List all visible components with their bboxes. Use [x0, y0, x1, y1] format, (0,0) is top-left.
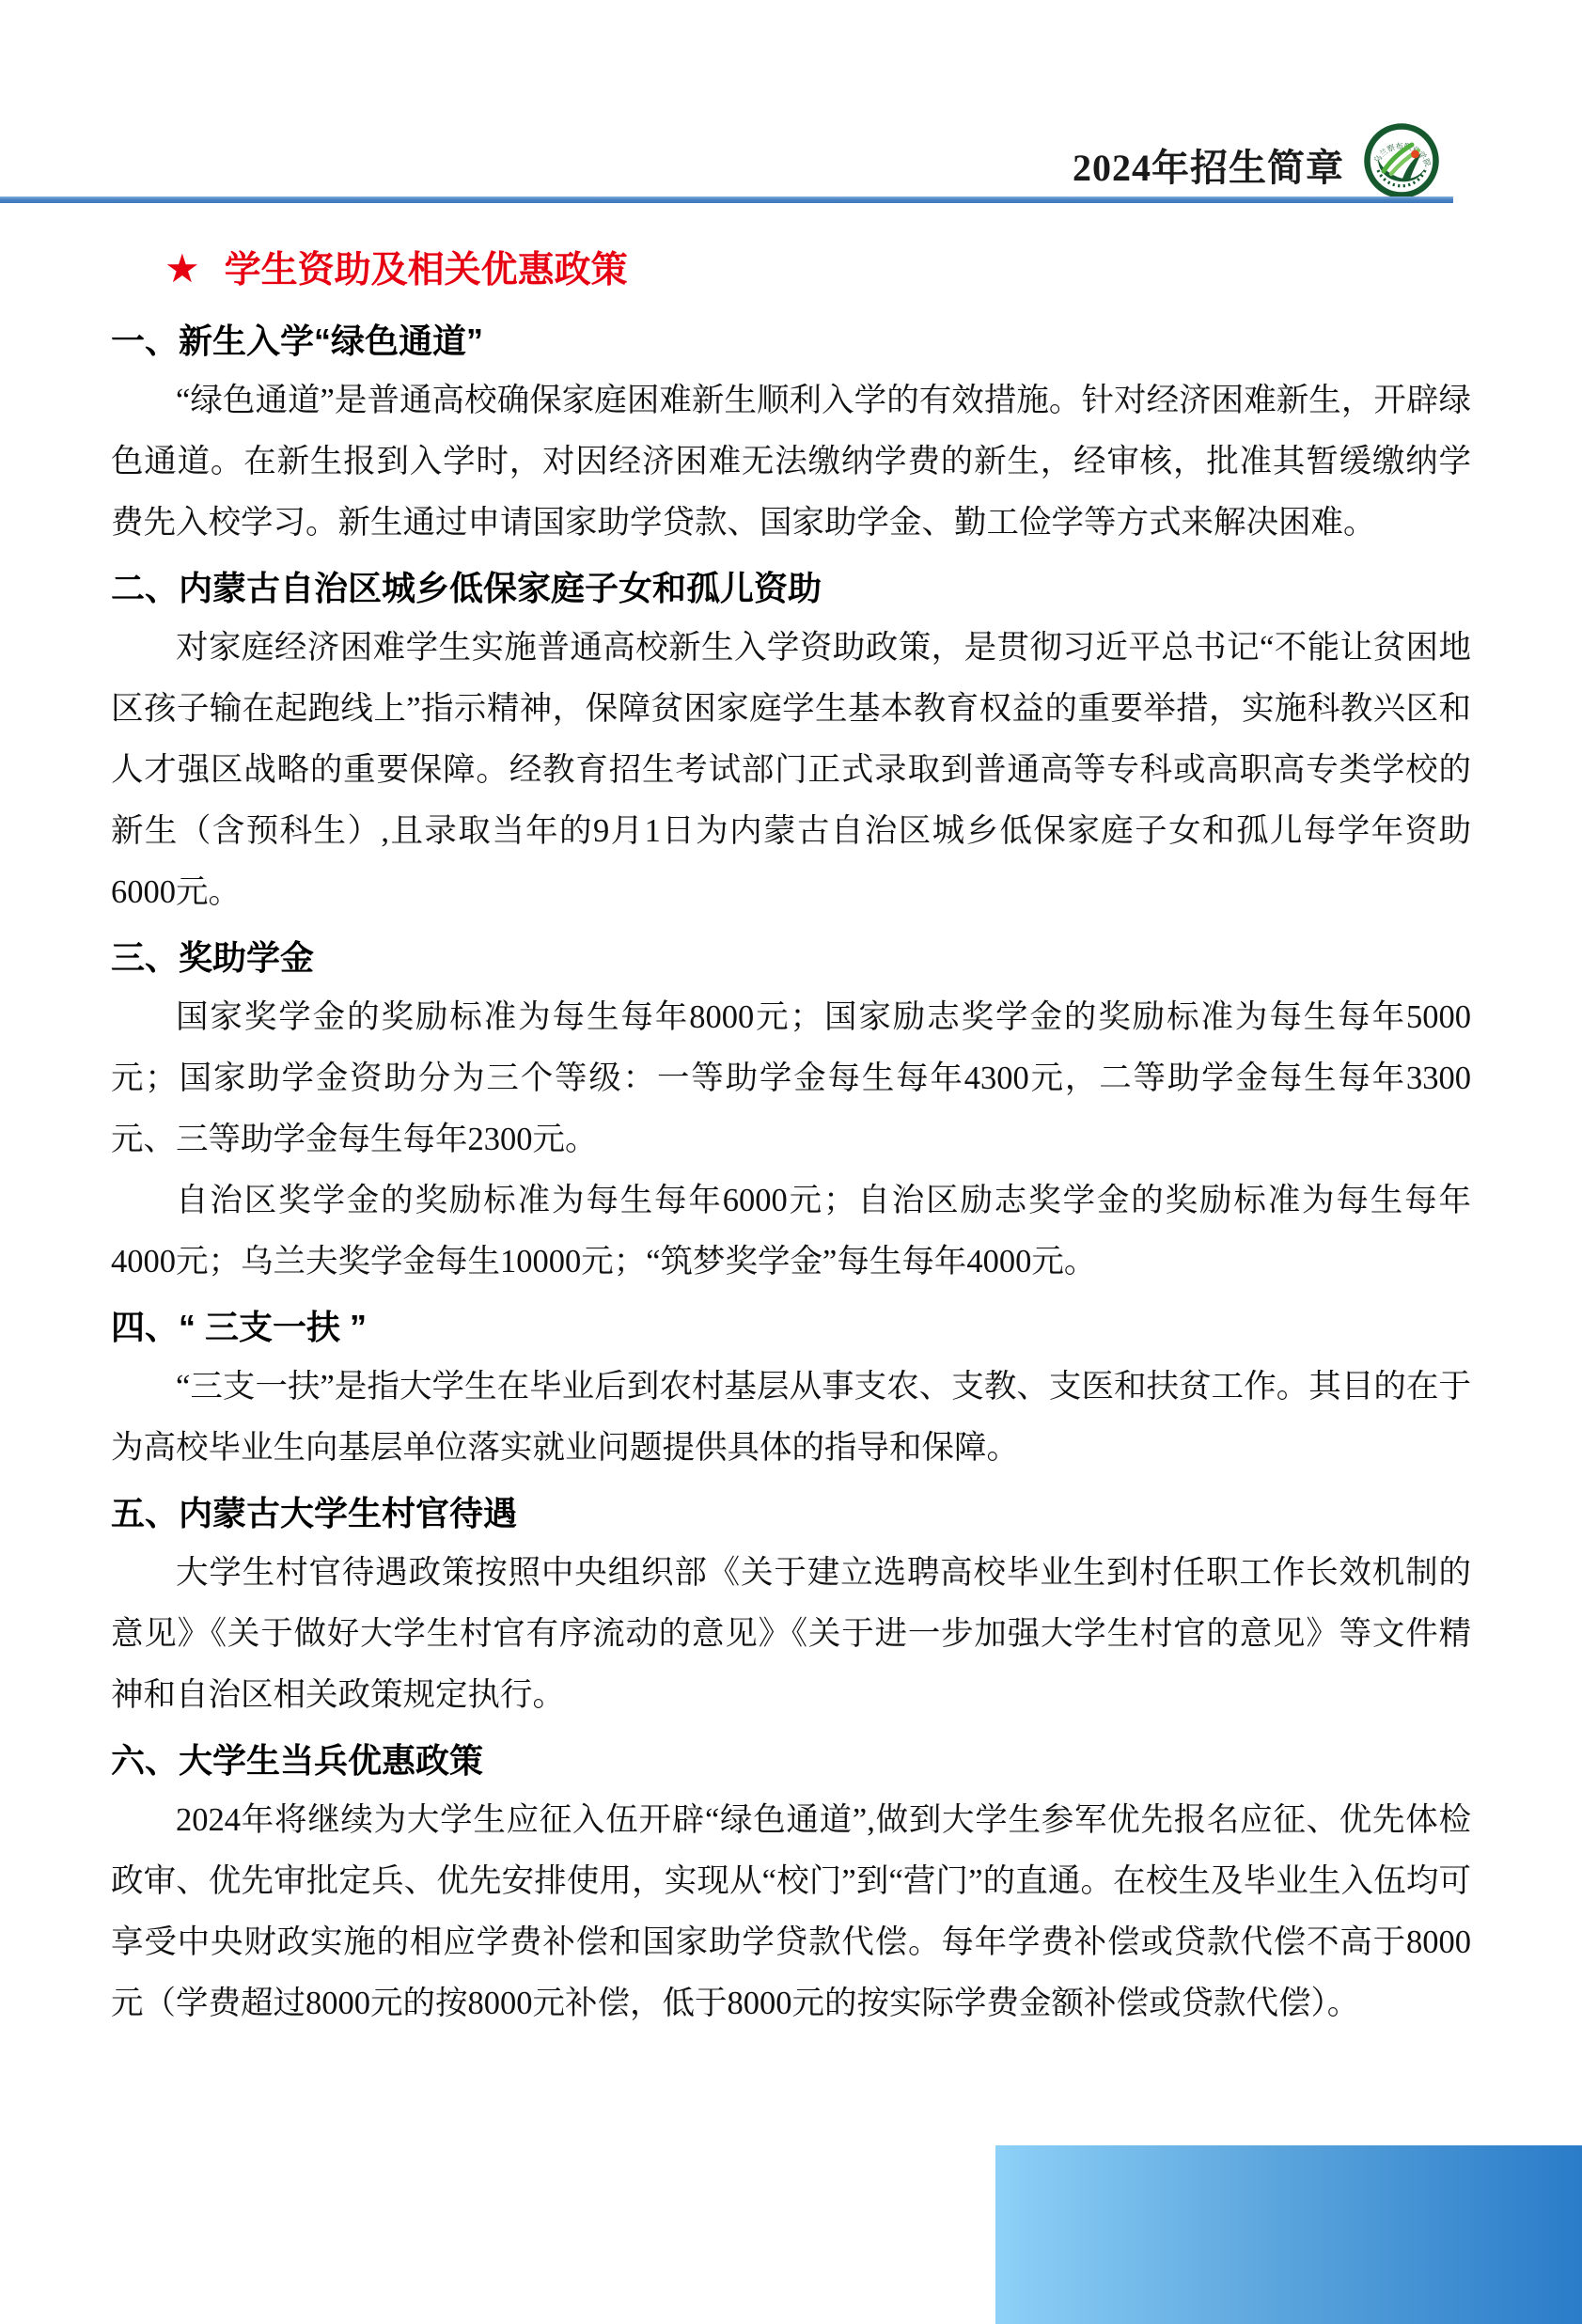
- brochure-page: 2024年招生简章 乌兰察布职业学院 ★学生资助及相关优惠政策: [0, 0, 1582, 2324]
- body-paragraph: 国家奖学金的奖励标准为每生每年8000元；国家励志奖学金的奖励标准为每生每年50…: [111, 987, 1471, 1170]
- body-paragraph: “三支一扶”是指大学生在毕业后到农村基层从事支农、支教、支医和扶贫工作。其目的在…: [111, 1357, 1471, 1479]
- header-divider-line: [0, 196, 1453, 203]
- policy-section: 四、“ 三支一扶 ” “三支一扶”是指大学生在毕业后到农村基层从事支农、支教、支…: [111, 1306, 1471, 1479]
- school-logo-emblem: 乌兰察布职业学院: [1363, 122, 1440, 199]
- policy-section: 六、大学生当兵优惠政策 2024年将继续为大学生应征入伍开辟“绿色通道”,做到大…: [111, 1739, 1471, 2034]
- school-logo: 乌兰察布职业学院: [1363, 122, 1440, 199]
- section-paragraphs: 对家庭经济困难学生实施普通高校新生入学资助政策，是贯彻习近平总书记“不能让贫困地…: [111, 618, 1471, 923]
- star-icon: ★: [164, 246, 200, 291]
- section-paragraphs: 国家奖学金的奖励标准为每生每年8000元；国家励志奖学金的奖励标准为每生每年50…: [111, 987, 1471, 1293]
- page-header-title: 2024年招生简章: [1073, 148, 1344, 189]
- section-heading: 六、大学生当兵优惠政策: [111, 1739, 1471, 1782]
- section-heading: 一、新生入学“绿色通道”: [111, 320, 1471, 363]
- policy-section: 一、新生入学“绿色通道” “绿色通道”是普通高校确保家庭困难新生顺利入学的有效措…: [111, 320, 1471, 554]
- policy-section: 五、内蒙古大学生村官待遇 大学生村官待遇政策按照中央组织部《关于建立选聘高校毕业…: [111, 1492, 1471, 1726]
- section-heading: 三、奖助学金: [111, 936, 1471, 980]
- chapter-heading: ★学生资助及相关优惠政策: [111, 246, 1471, 293]
- section-paragraphs: “绿色通道”是普通高校确保家庭困难新生顺利入学的有效措施。针对经济困难新生，开辟…: [111, 370, 1471, 554]
- corner-gradient-decoration: [995, 2145, 1582, 2324]
- body-paragraph: 对家庭经济困难学生实施普通高校新生入学资助政策，是贯彻习近平总书记“不能让贫困地…: [111, 618, 1471, 923]
- section-heading: 四、“ 三支一扶 ”: [111, 1306, 1471, 1349]
- body-paragraph: “绿色通道”是普通高校确保家庭困难新生顺利入学的有效措施。针对经济困难新生，开辟…: [111, 370, 1471, 554]
- chapter-heading-text: 学生资助及相关优惠政策: [225, 250, 628, 290]
- section-paragraphs: “三支一扶”是指大学生在毕业后到农村基层从事支农、支教、支医和扶贫工作。其目的在…: [111, 1357, 1471, 1479]
- section-paragraphs: 2024年将继续为大学生应征入伍开辟“绿色通道”,做到大学生参军优先报名应征、优…: [111, 1790, 1471, 2034]
- policy-section: 三、奖助学金 国家奖学金的奖励标准为每生每年8000元；国家励志奖学金的奖励标准…: [111, 936, 1471, 1293]
- section-paragraphs: 大学生村官待遇政策按照中央组织部《关于建立选聘高校毕业生到村任职工作长效机制的意…: [111, 1543, 1471, 1726]
- content-column: ★学生资助及相关优惠政策 一、新生入学“绿色通道” “绿色通道”是普通高校确保家…: [111, 246, 1471, 2034]
- logo-red-dot: [1411, 150, 1419, 159]
- body-paragraph: 自治区奖学金的奖励标准为每生每年6000元；自治区励志奖学金的奖励标准为每生每年…: [111, 1170, 1471, 1293]
- sections: 一、新生入学“绿色通道” “绿色通道”是普通高校确保家庭困难新生顺利入学的有效措…: [111, 320, 1471, 2034]
- section-heading: 五、内蒙古大学生村官待遇: [111, 1492, 1471, 1535]
- body-paragraph: 大学生村官待遇政策按照中央组织部《关于建立选聘高校毕业生到村任职工作长效机制的意…: [111, 1543, 1471, 1726]
- policy-section: 二、内蒙古自治区城乡低保家庭子女和孤儿资助 对家庭经济困难学生实施普通高校新生入…: [111, 567, 1471, 923]
- body-paragraph: 2024年将继续为大学生应征入伍开辟“绿色通道”,做到大学生参军优先报名应征、优…: [111, 1790, 1471, 2034]
- section-heading: 二、内蒙古自治区城乡低保家庭子女和孤儿资助: [111, 567, 1471, 610]
